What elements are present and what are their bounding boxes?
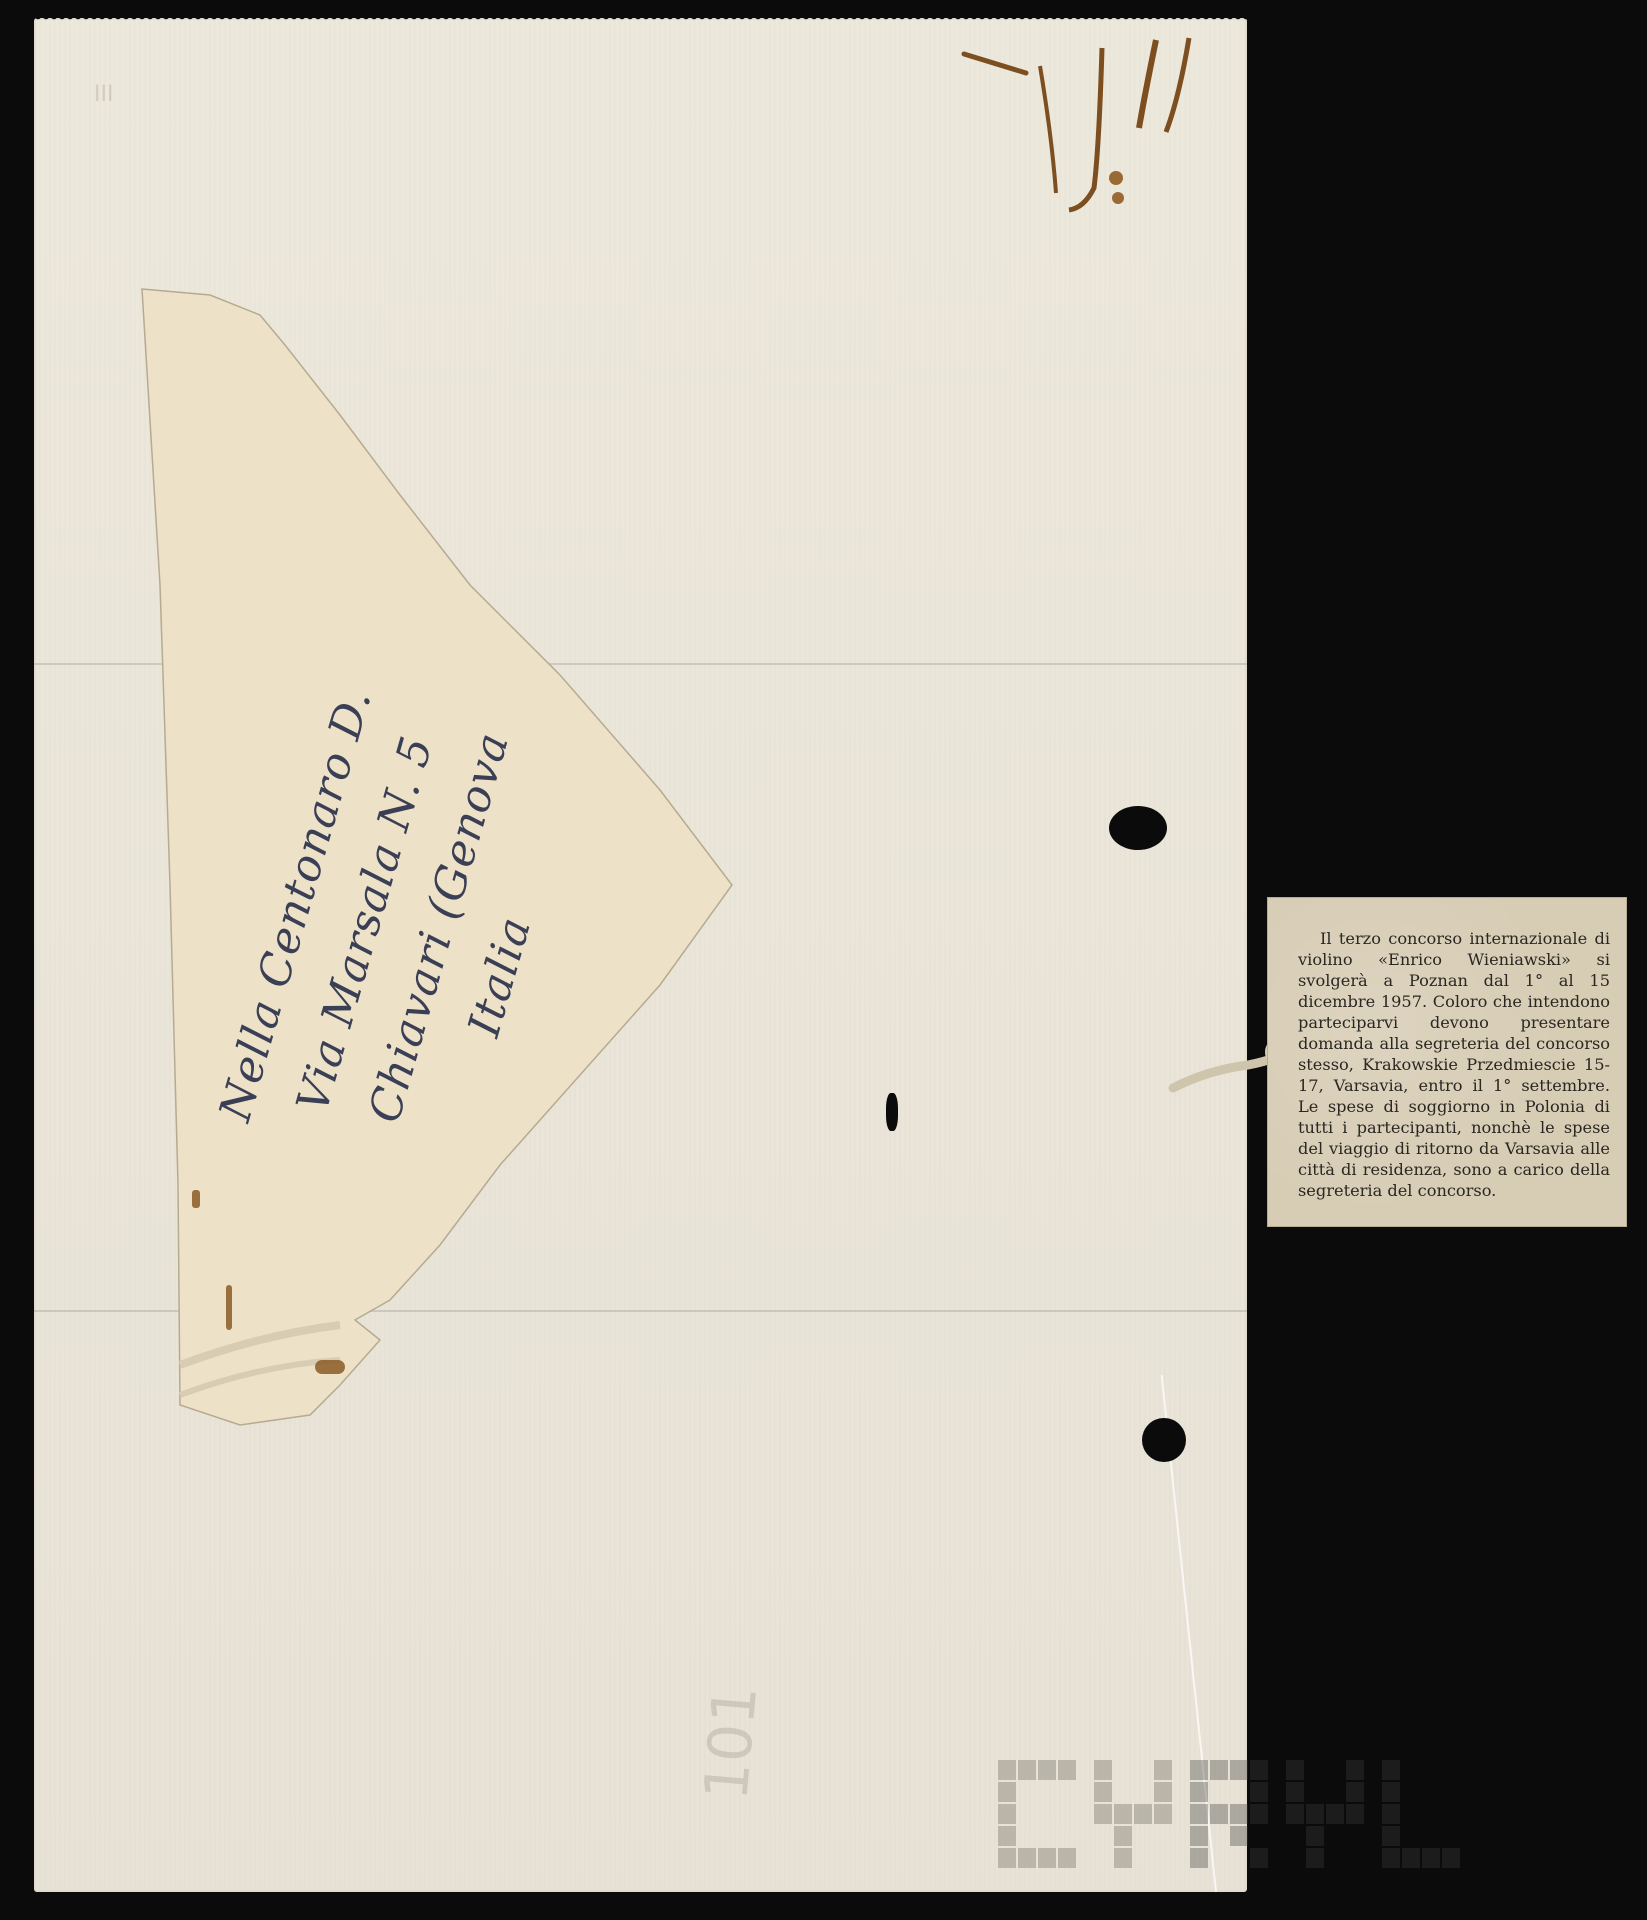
- rust-stain: [226, 1285, 232, 1330]
- pencil-note: 101: [691, 1683, 771, 1803]
- punch-hole-lower: [1142, 1418, 1186, 1462]
- watermark-letter-l: [1382, 1760, 1460, 1868]
- rust-ink-marks: [934, 18, 1234, 238]
- embossed-mark: III: [94, 82, 113, 107]
- watermark-letter-y2: [1286, 1760, 1364, 1868]
- newspaper-clipping: Il terzo concorso internazionale di viol…: [1268, 898, 1626, 1226]
- cyryl-watermark: [998, 1760, 1460, 1868]
- watermark-letter-y: [1094, 1760, 1172, 1868]
- clipping-text: Il terzo concorso internazionale di viol…: [1298, 928, 1610, 1201]
- punch-hole-upper: [1109, 806, 1167, 850]
- small-tear-hole: [886, 1093, 898, 1131]
- rust-stain: [315, 1360, 345, 1374]
- watermark-letter-c: [998, 1760, 1076, 1868]
- watermark-letter-r: [1190, 1760, 1268, 1868]
- rust-stain: [192, 1190, 200, 1208]
